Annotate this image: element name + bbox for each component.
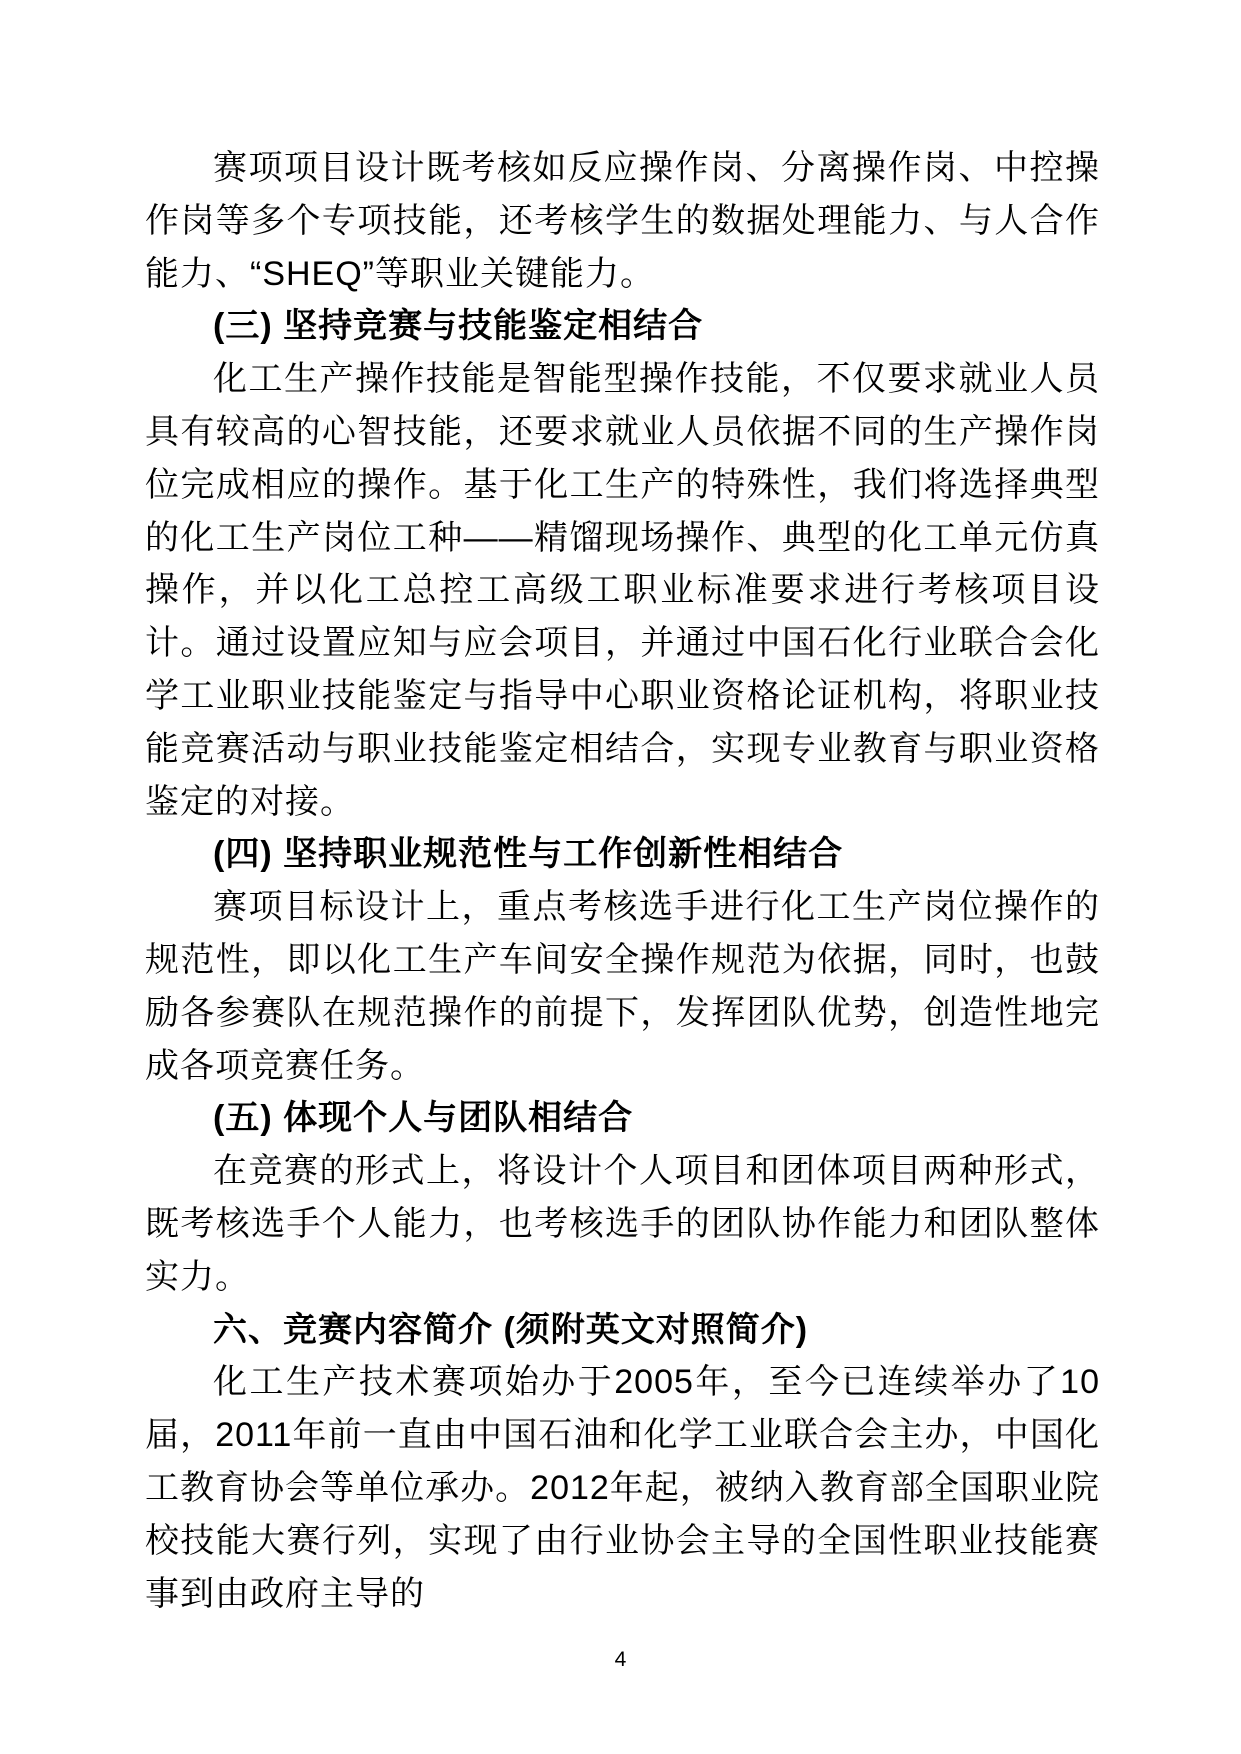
paragraph-section-6: 化工生产技术赛项始办于2005年，至今已连续举办了10届，2011年前一直由中国… [145, 1356, 1100, 1620]
document-page: 赛项项目设计既考核如反应操作岗、分离操作岗、中控操作岗等多个专项技能，还考核学生… [0, 0, 1241, 1754]
paragraph-section-3: 化工生产操作技能是智能型操作技能，不仅要求就业人员具有较高的心智技能，还要求就业… [145, 353, 1100, 828]
heading-section-4: (四) 坚持职业规范性与工作创新性相结合 [145, 828, 1100, 881]
document-body: 赛项项目设计既考核如反应操作岗、分离操作岗、中控操作岗等多个专项技能，还考核学生… [145, 142, 1100, 1620]
heading-section-3: (三) 坚持竞赛与技能鉴定相结合 [145, 300, 1100, 353]
page-footer: 4 [0, 1645, 1241, 1675]
heading-section-5: (五) 体现个人与团队相结合 [145, 1092, 1100, 1145]
page-number: 4 [615, 1648, 627, 1671]
paragraph-section-5: 在竞赛的形式上，将设计个人项目和团体项目两种形式，既考核选手个人能力，也考核选手… [145, 1145, 1100, 1303]
paragraph-section-4: 赛项目标设计上，重点考核选手进行化工生产岗位操作的规范性，即以化工生产车间安全操… [145, 881, 1100, 1092]
paragraph-intro: 赛项项目设计既考核如反应操作岗、分离操作岗、中控操作岗等多个专项技能，还考核学生… [145, 142, 1100, 300]
heading-section-6: 六、竞赛内容简介 (须附英文对照简介) [145, 1304, 1100, 1357]
